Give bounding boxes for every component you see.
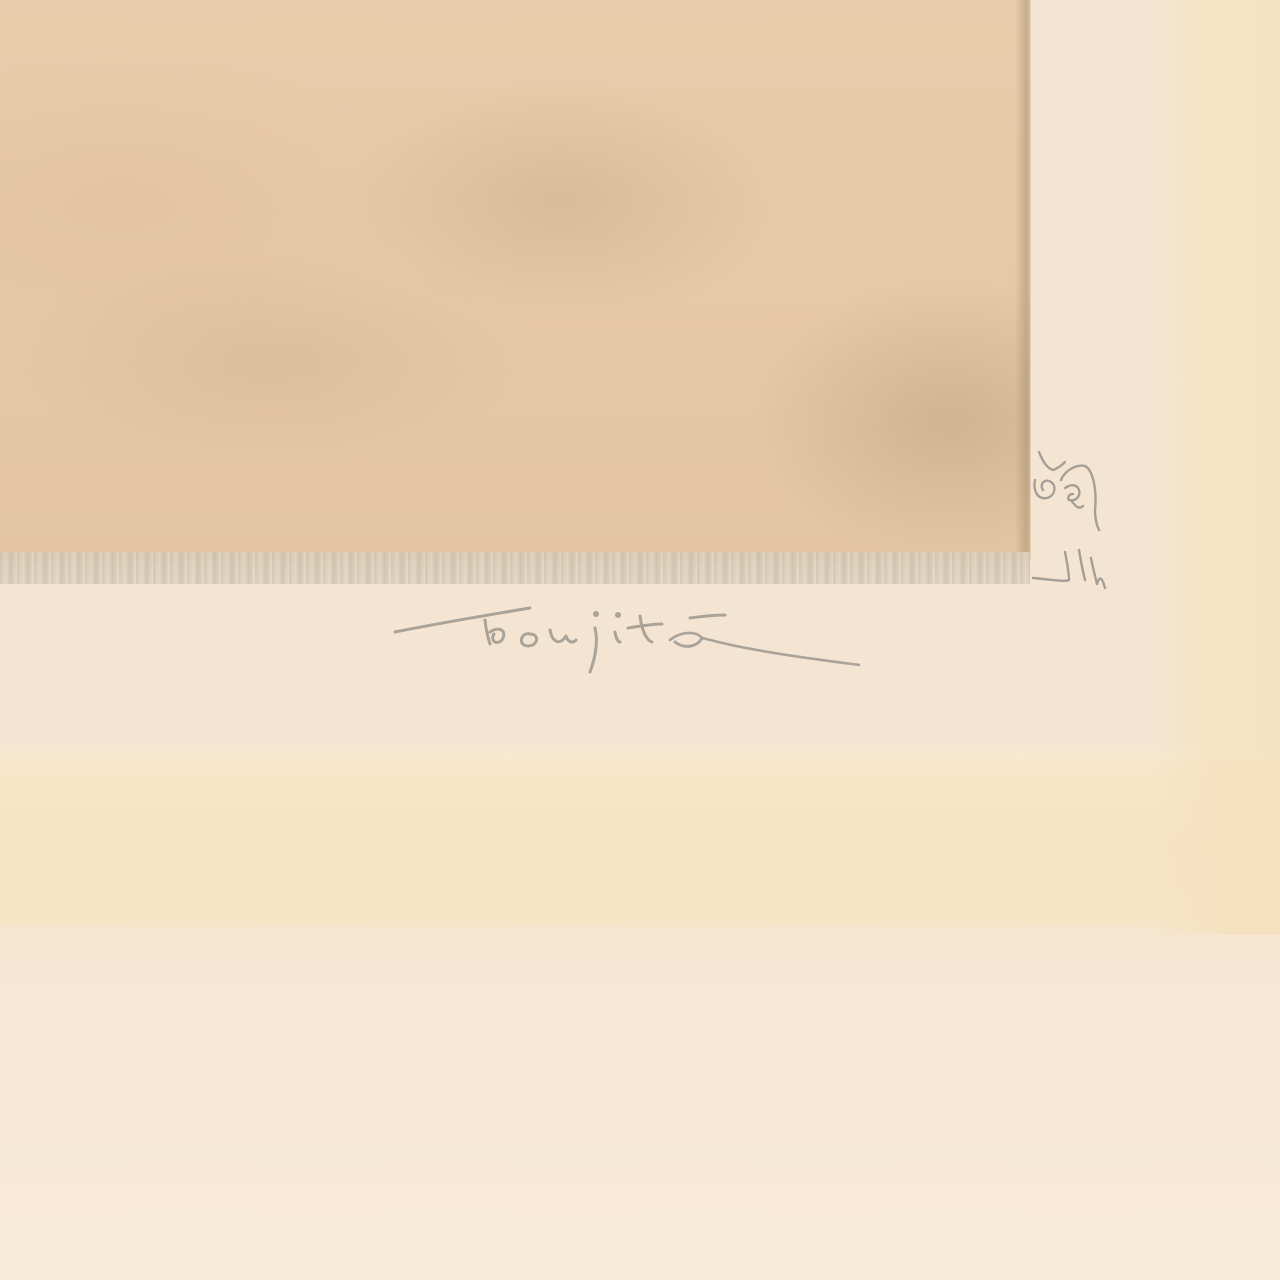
monogram-glyph-icon (1025, 440, 1125, 605)
print-image-area (0, 0, 1030, 552)
right-margin-band-lower (1155, 760, 1280, 935)
pencil-signature: Foujita (390, 580, 860, 680)
signature-scribble-icon (390, 580, 860, 680)
right-margin-band (1155, 0, 1280, 760)
pencil-monogram: 嗣治 (1025, 440, 1125, 605)
